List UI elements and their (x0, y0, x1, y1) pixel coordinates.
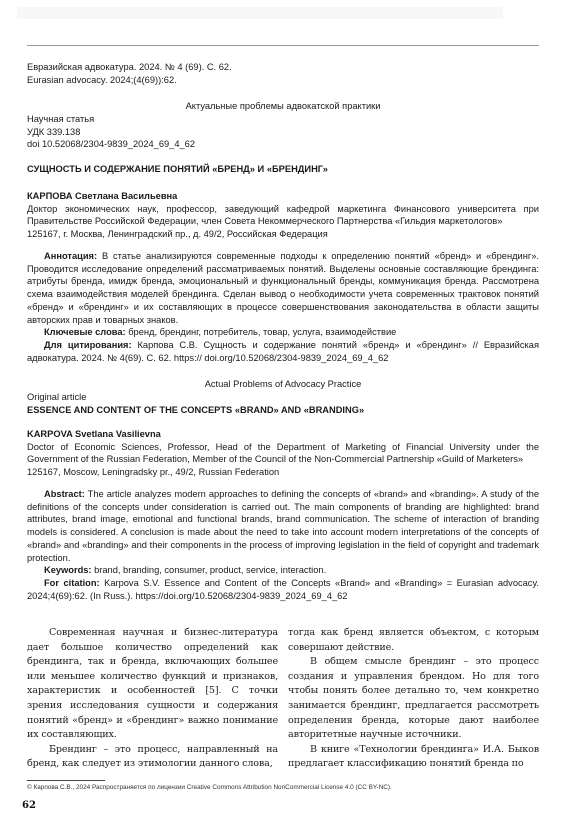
body-column-right: тогда как бренд является объектом, с кот… (288, 626, 539, 772)
abstract-label-en: Abstract: (44, 489, 85, 499)
keywords-en: Keywords: brand, branding, consumer, pro… (27, 564, 539, 577)
citation-text-en: Karpova S.V. Essence and Content of the … (27, 578, 539, 601)
body-paragraph: Брендинг – это процесс, направленный на … (27, 743, 278, 772)
body-paragraph: В книге «Технологии брендинга» И.А. Быко… (288, 743, 539, 772)
journal-ref-en: Eurasian advocacy. 2024;(4(69)):62. (27, 74, 539, 87)
body-paragraph: Современная научная и бизнес-литература … (27, 626, 278, 743)
author-block-en: KARPOVA Svetlana Vasilievna Doctor of Ec… (27, 428, 539, 479)
author-block-ru: КАРПОВА Светлана Васильевна Доктор эконо… (27, 190, 539, 241)
keywords-text-ru: бренд, брендинг, потребитель, товар, усл… (126, 327, 397, 337)
section-heading-en: Actual Problems of Advocacy Practice (27, 378, 539, 391)
article-title-en: ESSENCE AND CONTENT OF THE CONCEPTS «BRA… (27, 404, 539, 417)
section-heading-ru: Актуальные проблемы адвокатской практики (27, 100, 539, 113)
page-number: 62 (22, 800, 36, 811)
author-name-ru: КАРПОВА Светлана Васильевна (27, 190, 539, 203)
keywords-ru: Ключевые слова: бренд, брендинг, потреби… (27, 326, 539, 339)
body-paragraph-continued: тогда как бренд является объектом, с кот… (288, 626, 539, 655)
article-title-ru: СУЩНОСТЬ И СОДЕРЖАНИЕ ПОНЯТИЙ «БРЕНД» И … (27, 163, 539, 176)
article-type-en: Original article (27, 391, 539, 404)
abstract-en: Abstract: The article analyzes modern ap… (27, 488, 539, 564)
citation-label-ru: Для цитирования: (44, 340, 132, 350)
header-rule (27, 45, 539, 46)
keywords-label-ru: Ключевые слова: (44, 327, 126, 337)
author-address-ru: 125167, г. Москва, Ленинградский пр., д.… (27, 228, 539, 241)
abstract-text-ru: В статье анализируются современные подхо… (27, 251, 539, 325)
abstract-block-ru: Аннотация: В статье анализируются соврем… (27, 250, 539, 364)
journal-ref-ru: Евразийская адвокатура. 2024. № 4 (69). … (27, 61, 539, 74)
abstract-text-en: The article analyzes modern approaches t… (27, 489, 539, 563)
body-paragraph: В общем смысле брендинг – это процесс со… (288, 655, 539, 743)
license-footnote: © Карпова С.В., 2024 Распространяется по… (27, 783, 392, 792)
abstract-block-en: Abstract: The article analyzes modern ap… (27, 488, 539, 602)
author-address-en: 125167, Moscow, Leningradsky pr., 49/2, … (27, 466, 539, 479)
doi: doi 10.52068/2304-9839_2024_69_4_62 (27, 138, 539, 151)
author-affiliation-ru: Доктор экономических наук, профессор, за… (27, 203, 539, 228)
header-band (17, 7, 503, 19)
article-meta-ru: Научная статья УДК 339.138 doi 10.52068/… (27, 113, 539, 151)
abstract-label-ru: Аннотация: (44, 251, 97, 261)
journal-reference: Евразийская адвокатура. 2024. № 4 (69). … (27, 61, 539, 86)
footnote-rule (27, 780, 105, 781)
article-meta-en: Original article ESSENCE AND CONTENT OF … (27, 391, 539, 416)
keywords-label-en: Keywords: (44, 565, 92, 575)
keywords-text-en: brand, branding, consumer, product, serv… (92, 565, 327, 575)
author-affiliation-en: Doctor of Economic Sciences, Professor, … (27, 441, 539, 466)
citation-label-en: For citation: (44, 578, 100, 588)
abstract-ru: Аннотация: В статье анализируются соврем… (27, 250, 539, 326)
udk: УДК 339.138 (27, 126, 539, 139)
article-type-ru: Научная статья (27, 113, 539, 126)
body-column-left: Современная научная и бизнес-литература … (27, 626, 278, 772)
author-name-en: KARPOVA Svetlana Vasilievna (27, 428, 539, 441)
citation-en: For citation: Karpova S.V. Essence and C… (27, 577, 539, 602)
citation-ru: Для цитирования: Карпова С.В. Сущность и… (27, 339, 539, 364)
